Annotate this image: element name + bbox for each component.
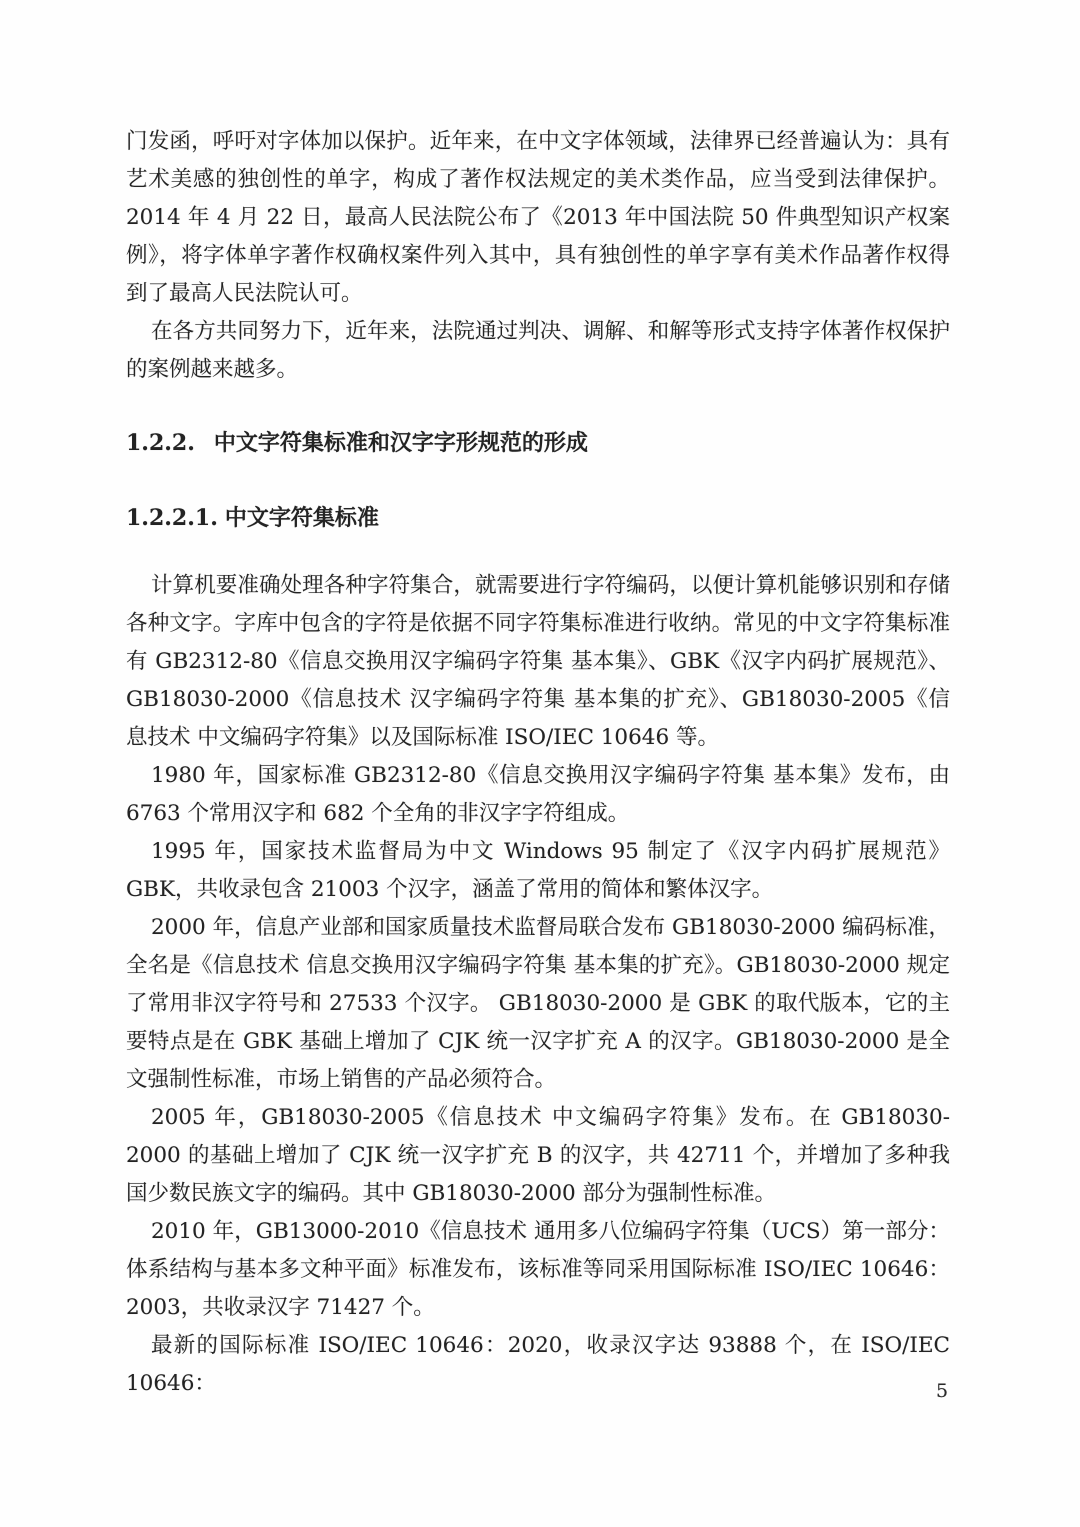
heading-title: 中文字符集标准和汉字字形规范的形成 <box>214 430 588 456</box>
text-block: 门发函，呼吁对字体加以保护。近年来，在中文字体领域，法律界已经普遍认为：具有艺术… <box>126 123 950 1403</box>
heading-title: 中文字符集标准 <box>225 505 379 531</box>
paragraph-gb13000-2010: 2010 年，GB13000-2010《信息技术 通用多八位编码字符集（UCS）… <box>126 1213 950 1327</box>
paragraph-iso-iec-2020: 最新的国际标准 ISO/IEC 10646：2020，收录汉字达 93888 个… <box>126 1327 950 1403</box>
paragraph-gb2312-1980: 1980 年，国家标准 GB2312-80《信息交换用汉字编码字符集 基本集》发… <box>126 757 950 833</box>
paragraph-font-legal-protection: 门发函，呼吁对字体加以保护。近年来，在中文字体领域，法律界已经普遍认为：具有艺术… <box>126 123 950 313</box>
section-heading-1-2-2-1: 1.2.2.1.中文字符集标准 <box>126 499 950 537</box>
heading-number: 1.2.2.1. <box>126 499 218 537</box>
paragraph-gb18030-2000: 2000 年，信息产业部和国家质量技术监督局联合发布 GB18030-2000 … <box>126 909 950 1099</box>
paragraph-gb18030-2005: 2005 年，GB18030-2005《信息技术 中文编码字符集》发布。在 GB… <box>126 1099 950 1213</box>
paragraph-gbk-1995: 1995 年，国家技术监督局为中文 Windows 95 制定了《汉字内码扩展规… <box>126 833 950 909</box>
paragraph-charset-overview: 计算机要准确处理各种字符集合，就需要进行字符编码，以便计算机能够识别和存储各种文… <box>126 567 950 757</box>
paragraph-court-support: 在各方共同努力下，近年来，法院通过判决、调解、和解等形式支持字体著作权保护的案例… <box>126 313 950 389</box>
document-page: 门发函，呼吁对字体加以保护。近年来，在中文字体领域，法律界已经普遍认为：具有艺术… <box>0 0 1080 1527</box>
heading-number: 1.2.2. <box>126 424 195 462</box>
page-number: 5 <box>936 1379 948 1403</box>
section-heading-1-2-2: 1.2.2.中文字符集标准和汉字字形规范的形成 <box>126 424 950 462</box>
